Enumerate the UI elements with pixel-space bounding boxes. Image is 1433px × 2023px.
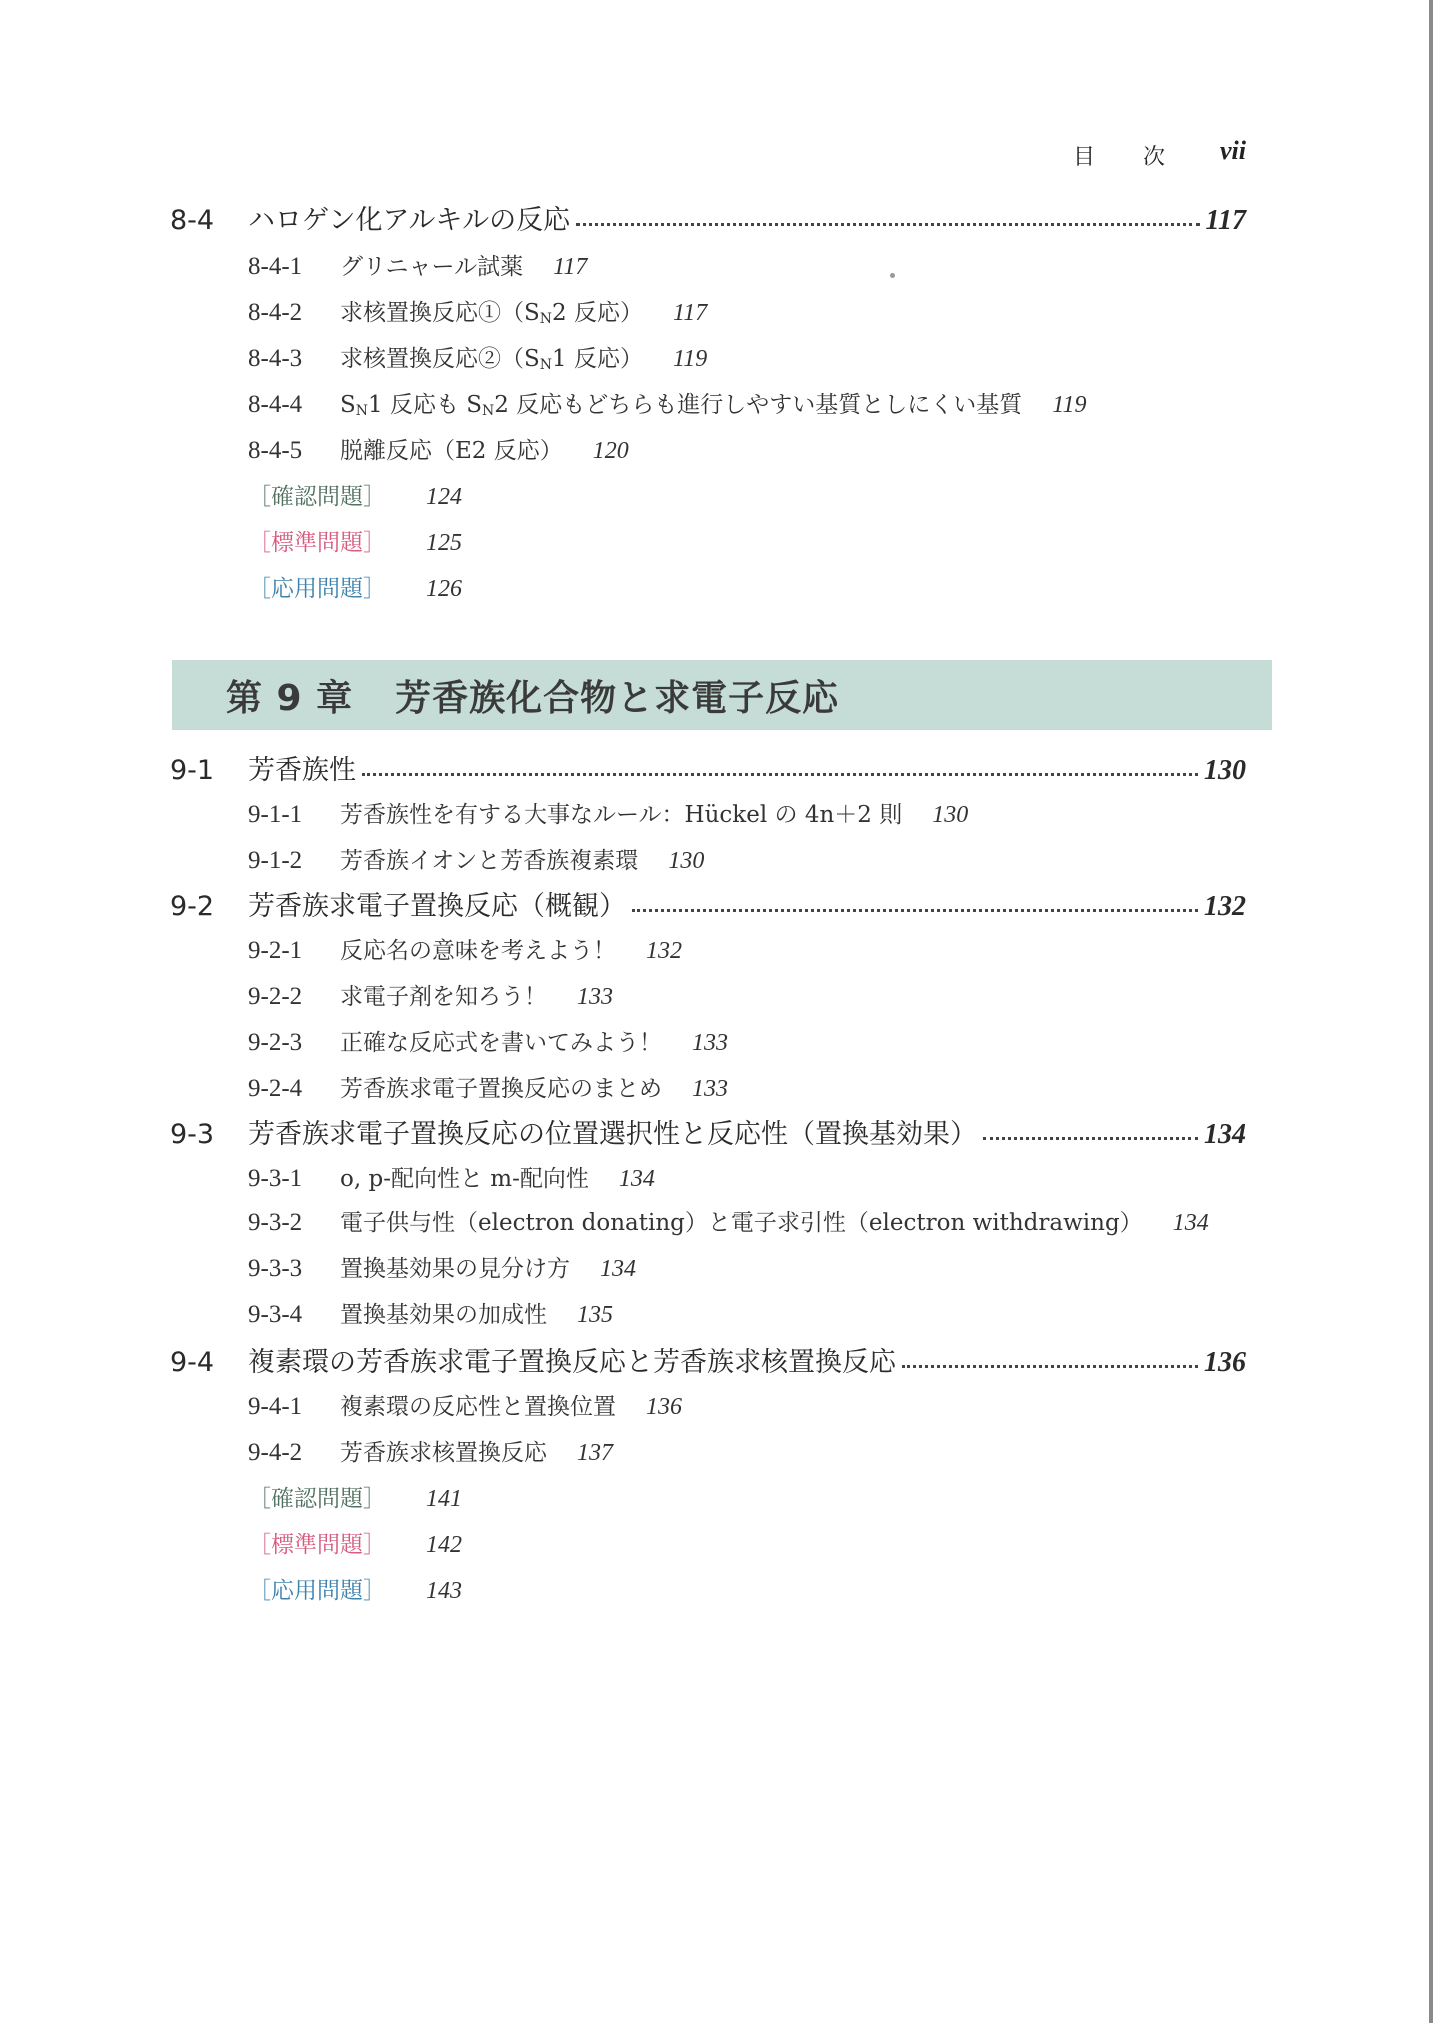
toc-section-9-3[interactable]: 9-3 芳香族求電子置換反応の位置選択性と反応性（置換基効果） 134 — [170, 1112, 1246, 1152]
chapter-heading: 第 9 章芳香族化合物と求電子反応 — [226, 670, 839, 721]
subsection-title: 芳香族性を有する大事なルール：Hückel の 4n＋2 則 — [340, 796, 902, 829]
subsection-number: 9-2-4 — [248, 1075, 340, 1103]
subsection-title: 置換基効果の加成性 — [340, 1296, 547, 1329]
running-head: 目 次 vii — [1070, 136, 1246, 172]
section-title: 芳香族求電子置換反応（概観） — [248, 884, 626, 923]
section-title: 芳香族求電子置換反応の位置選択性と反応性（置換基効果） — [248, 1112, 977, 1151]
subsection-page: 134 — [619, 1166, 655, 1193]
subsection-title: 置換基効果の見分け方 — [340, 1250, 570, 1283]
exercise-page: 142 — [426, 1532, 462, 1559]
subsection-page: 119 — [673, 346, 707, 373]
subsection-title: 電子供与性（electron donating）と電子求引性（electron … — [340, 1204, 1143, 1237]
subsection-page: 135 — [577, 1302, 613, 1329]
dot-leader — [576, 223, 1199, 226]
toc-subsection[interactable]: 9-3-2 電子供与性（electron donating）と電子求引性（ele… — [248, 1204, 1209, 1240]
toc-subsection[interactable]: 8-4-1 グリニャール試薬 117 — [248, 248, 587, 284]
subsection-number: 9-2-2 — [248, 983, 340, 1011]
dot-leader — [362, 773, 1198, 776]
subsection-page: 132 — [646, 938, 682, 965]
subsection-page: 130 — [932, 802, 968, 829]
exercise-page: 143 — [426, 1578, 462, 1605]
subsection-number: 9-4-2 — [248, 1439, 340, 1467]
section-page: 117 — [1206, 205, 1246, 237]
toc-subsection[interactable]: 8-4-5 脱離反応（E2 反応） 120 — [248, 432, 629, 468]
toc-subsection[interactable]: 9-1-1 芳香族性を有する大事なルール：Hückel の 4n＋2 則 130 — [248, 796, 968, 832]
section-title: 複素環の芳香族求電子置換反応と芳香族求核置換反応 — [248, 1340, 896, 1379]
section-title: 芳香族性 — [248, 748, 356, 787]
subsection-page: 136 — [646, 1394, 682, 1421]
toc-section-9-2[interactable]: 9-2 芳香族求電子置換反応（概観） 132 — [170, 884, 1246, 924]
subsection-page: 137 — [577, 1440, 613, 1467]
subsection-title: 求電子剤を知ろう！ — [340, 978, 547, 1011]
section-page: 132 — [1204, 891, 1246, 923]
exercise-page: 141 — [426, 1486, 462, 1513]
subsection-number: 8-4-5 — [248, 437, 340, 465]
subsection-number: 8-4-4 — [248, 391, 340, 419]
toc-section-8-4[interactable]: 8-4 ハロゲン化アルキルの反応 117 — [170, 198, 1246, 238]
section-page: 134 — [1204, 1119, 1246, 1151]
dot-leader — [632, 909, 1198, 912]
subsection-number: 9-3-3 — [248, 1255, 340, 1283]
subsection-title: 複素環の反応性と置換位置 — [340, 1388, 616, 1421]
section-page: 136 — [1204, 1347, 1246, 1379]
subsection-page: 117 — [673, 300, 707, 327]
subsection-number: 9-2-1 — [248, 937, 340, 965]
toc-subsection[interactable]: 9-4-1 複素環の反応性と置換位置 136 — [248, 1388, 682, 1424]
subsection-title: グリニャール試薬 — [340, 248, 523, 281]
chapter-title: 芳香族化合物と求電子反応 — [395, 678, 839, 719]
subsection-page: 130 — [668, 848, 704, 875]
toc-subsection[interactable]: 9-2-4 芳香族求電子置換反応のまとめ 133 — [248, 1070, 728, 1106]
subsection-number: 9-1-1 — [248, 801, 340, 829]
toc-subsection[interactable]: 9-2-1 反応名の意味を考えよう！ 132 — [248, 932, 682, 968]
toc-subsection[interactable]: 8-4-3 求核置換反応②（SN1 反応） 119 — [248, 340, 707, 376]
subsection-number: 9-4-1 — [248, 1393, 340, 1421]
exercise-label: ［応用問題］ — [248, 570, 426, 603]
subsection-page: 134 — [1173, 1210, 1209, 1237]
section-number: 9-3 — [170, 1119, 248, 1150]
subsection-page: 120 — [593, 438, 629, 465]
subsection-title: 正確な反応式を書いてみよう！ — [340, 1024, 662, 1057]
running-head-label-2: 次 — [1143, 140, 1165, 171]
toc-subsection[interactable]: 9-2-2 求電子剤を知ろう！ 133 — [248, 978, 613, 1014]
section-number: 9-2 — [170, 891, 248, 922]
toc-exercise-kakunin[interactable]: ［確認問題］ 124 — [248, 478, 462, 514]
subsection-number: 9-3-1 — [248, 1165, 340, 1193]
subsection-page: 133 — [692, 1030, 728, 1057]
subsection-page: 134 — [600, 1256, 636, 1283]
toc-exercise-hyoujun[interactable]: ［標準問題］ 142 — [248, 1526, 462, 1562]
toc-subsection[interactable]: 9-4-2 芳香族求核置換反応 137 — [248, 1434, 613, 1470]
exercise-page: 124 — [426, 484, 462, 511]
toc-subsection[interactable]: 9-3-1 o, p-配向性と m-配向性 134 — [248, 1160, 655, 1196]
dot-leader — [902, 1365, 1198, 1368]
toc-subsection[interactable]: 9-3-3 置換基効果の見分け方 134 — [248, 1250, 636, 1286]
toc-exercise-hyoujun[interactable]: ［標準問題］ 125 — [248, 524, 462, 560]
subsection-number: 8-4-2 — [248, 299, 340, 327]
running-head-page: vii — [1220, 136, 1246, 166]
exercise-label: ［応用問題］ — [248, 1572, 426, 1605]
exercise-label: ［標準問題］ — [248, 524, 426, 557]
subsection-number: 9-3-2 — [248, 1209, 340, 1237]
running-head-label: 目 — [1073, 140, 1095, 171]
subsection-title: 求核置換反応①（SN2 反応） — [340, 294, 643, 327]
section-number: 9-1 — [170, 755, 248, 786]
subsection-page: 119 — [1052, 392, 1086, 419]
scan-edge-line — [1429, 0, 1433, 2023]
subsection-page: 133 — [577, 984, 613, 1011]
exercise-label: ［確認問題］ — [248, 1480, 426, 1513]
dot-leader — [983, 1137, 1198, 1140]
subsection-number: 8-4-1 — [248, 253, 340, 281]
subsection-title: 求核置換反応②（SN1 反応） — [340, 340, 643, 373]
exercise-page: 125 — [426, 530, 462, 557]
toc-subsection[interactable]: 9-2-3 正確な反応式を書いてみよう！ 133 — [248, 1024, 728, 1060]
chapter-banner[interactable]: 第 9 章芳香族化合物と求電子反応 — [172, 660, 1272, 730]
subsection-title: 芳香族求電子置換反応のまとめ — [340, 1070, 662, 1103]
toc-section-9-4[interactable]: 9-4 複素環の芳香族求電子置換反応と芳香族求核置換反応 136 — [170, 1340, 1246, 1380]
exercise-label: ［標準問題］ — [248, 1526, 426, 1559]
section-number: 9-4 — [170, 1347, 248, 1378]
toc-subsection[interactable]: 8-4-4 SN1 反応も SN2 反応もどちらも進行しやすい基質としにくい基質… — [248, 386, 1086, 422]
exercise-page: 126 — [426, 576, 462, 603]
subsection-title: 芳香族イオンと芳香族複素環 — [340, 842, 638, 875]
scan-speck — [890, 273, 895, 278]
toc-exercise-ouyou[interactable]: ［応用問題］ 126 — [248, 570, 462, 606]
toc-exercise-ouyou[interactable]: ［応用問題］ 143 — [248, 1572, 462, 1608]
toc-subsection[interactable]: 8-4-2 求核置換反応①（SN2 反応） 117 — [248, 294, 707, 330]
exercise-label: ［確認問題］ — [248, 478, 426, 511]
toc-subsection[interactable]: 9-3-4 置換基効果の加成性 135 — [248, 1296, 613, 1332]
subsection-number: 9-3-4 — [248, 1301, 340, 1329]
subsection-title: 芳香族求核置換反応 — [340, 1434, 547, 1467]
toc-exercise-kakunin[interactable]: ［確認問題］ 141 — [248, 1480, 462, 1516]
subsection-title: 脱離反応（E2 反応） — [340, 432, 563, 465]
subsection-number: 9-2-3 — [248, 1029, 340, 1057]
subsection-page: 133 — [692, 1076, 728, 1103]
toc-section-9-1[interactable]: 9-1 芳香族性 130 — [170, 748, 1246, 788]
subsection-title: SN1 反応も SN2 反応もどちらも進行しやすい基質としにくい基質 — [340, 386, 1022, 419]
subsection-page: 117 — [553, 254, 587, 281]
subsection-title: 反応名の意味を考えよう！ — [340, 932, 616, 965]
section-page: 130 — [1204, 755, 1246, 787]
toc-subsection[interactable]: 9-1-2 芳香族イオンと芳香族複素環 130 — [248, 842, 704, 878]
subsection-number: 9-1-2 — [248, 847, 340, 875]
section-number: 8-4 — [170, 205, 248, 236]
subsection-title: o, p-配向性と m-配向性 — [340, 1160, 589, 1193]
subsection-number: 8-4-3 — [248, 345, 340, 373]
section-title: ハロゲン化アルキルの反応 — [248, 198, 570, 237]
chapter-number: 第 9 章 — [226, 678, 353, 719]
